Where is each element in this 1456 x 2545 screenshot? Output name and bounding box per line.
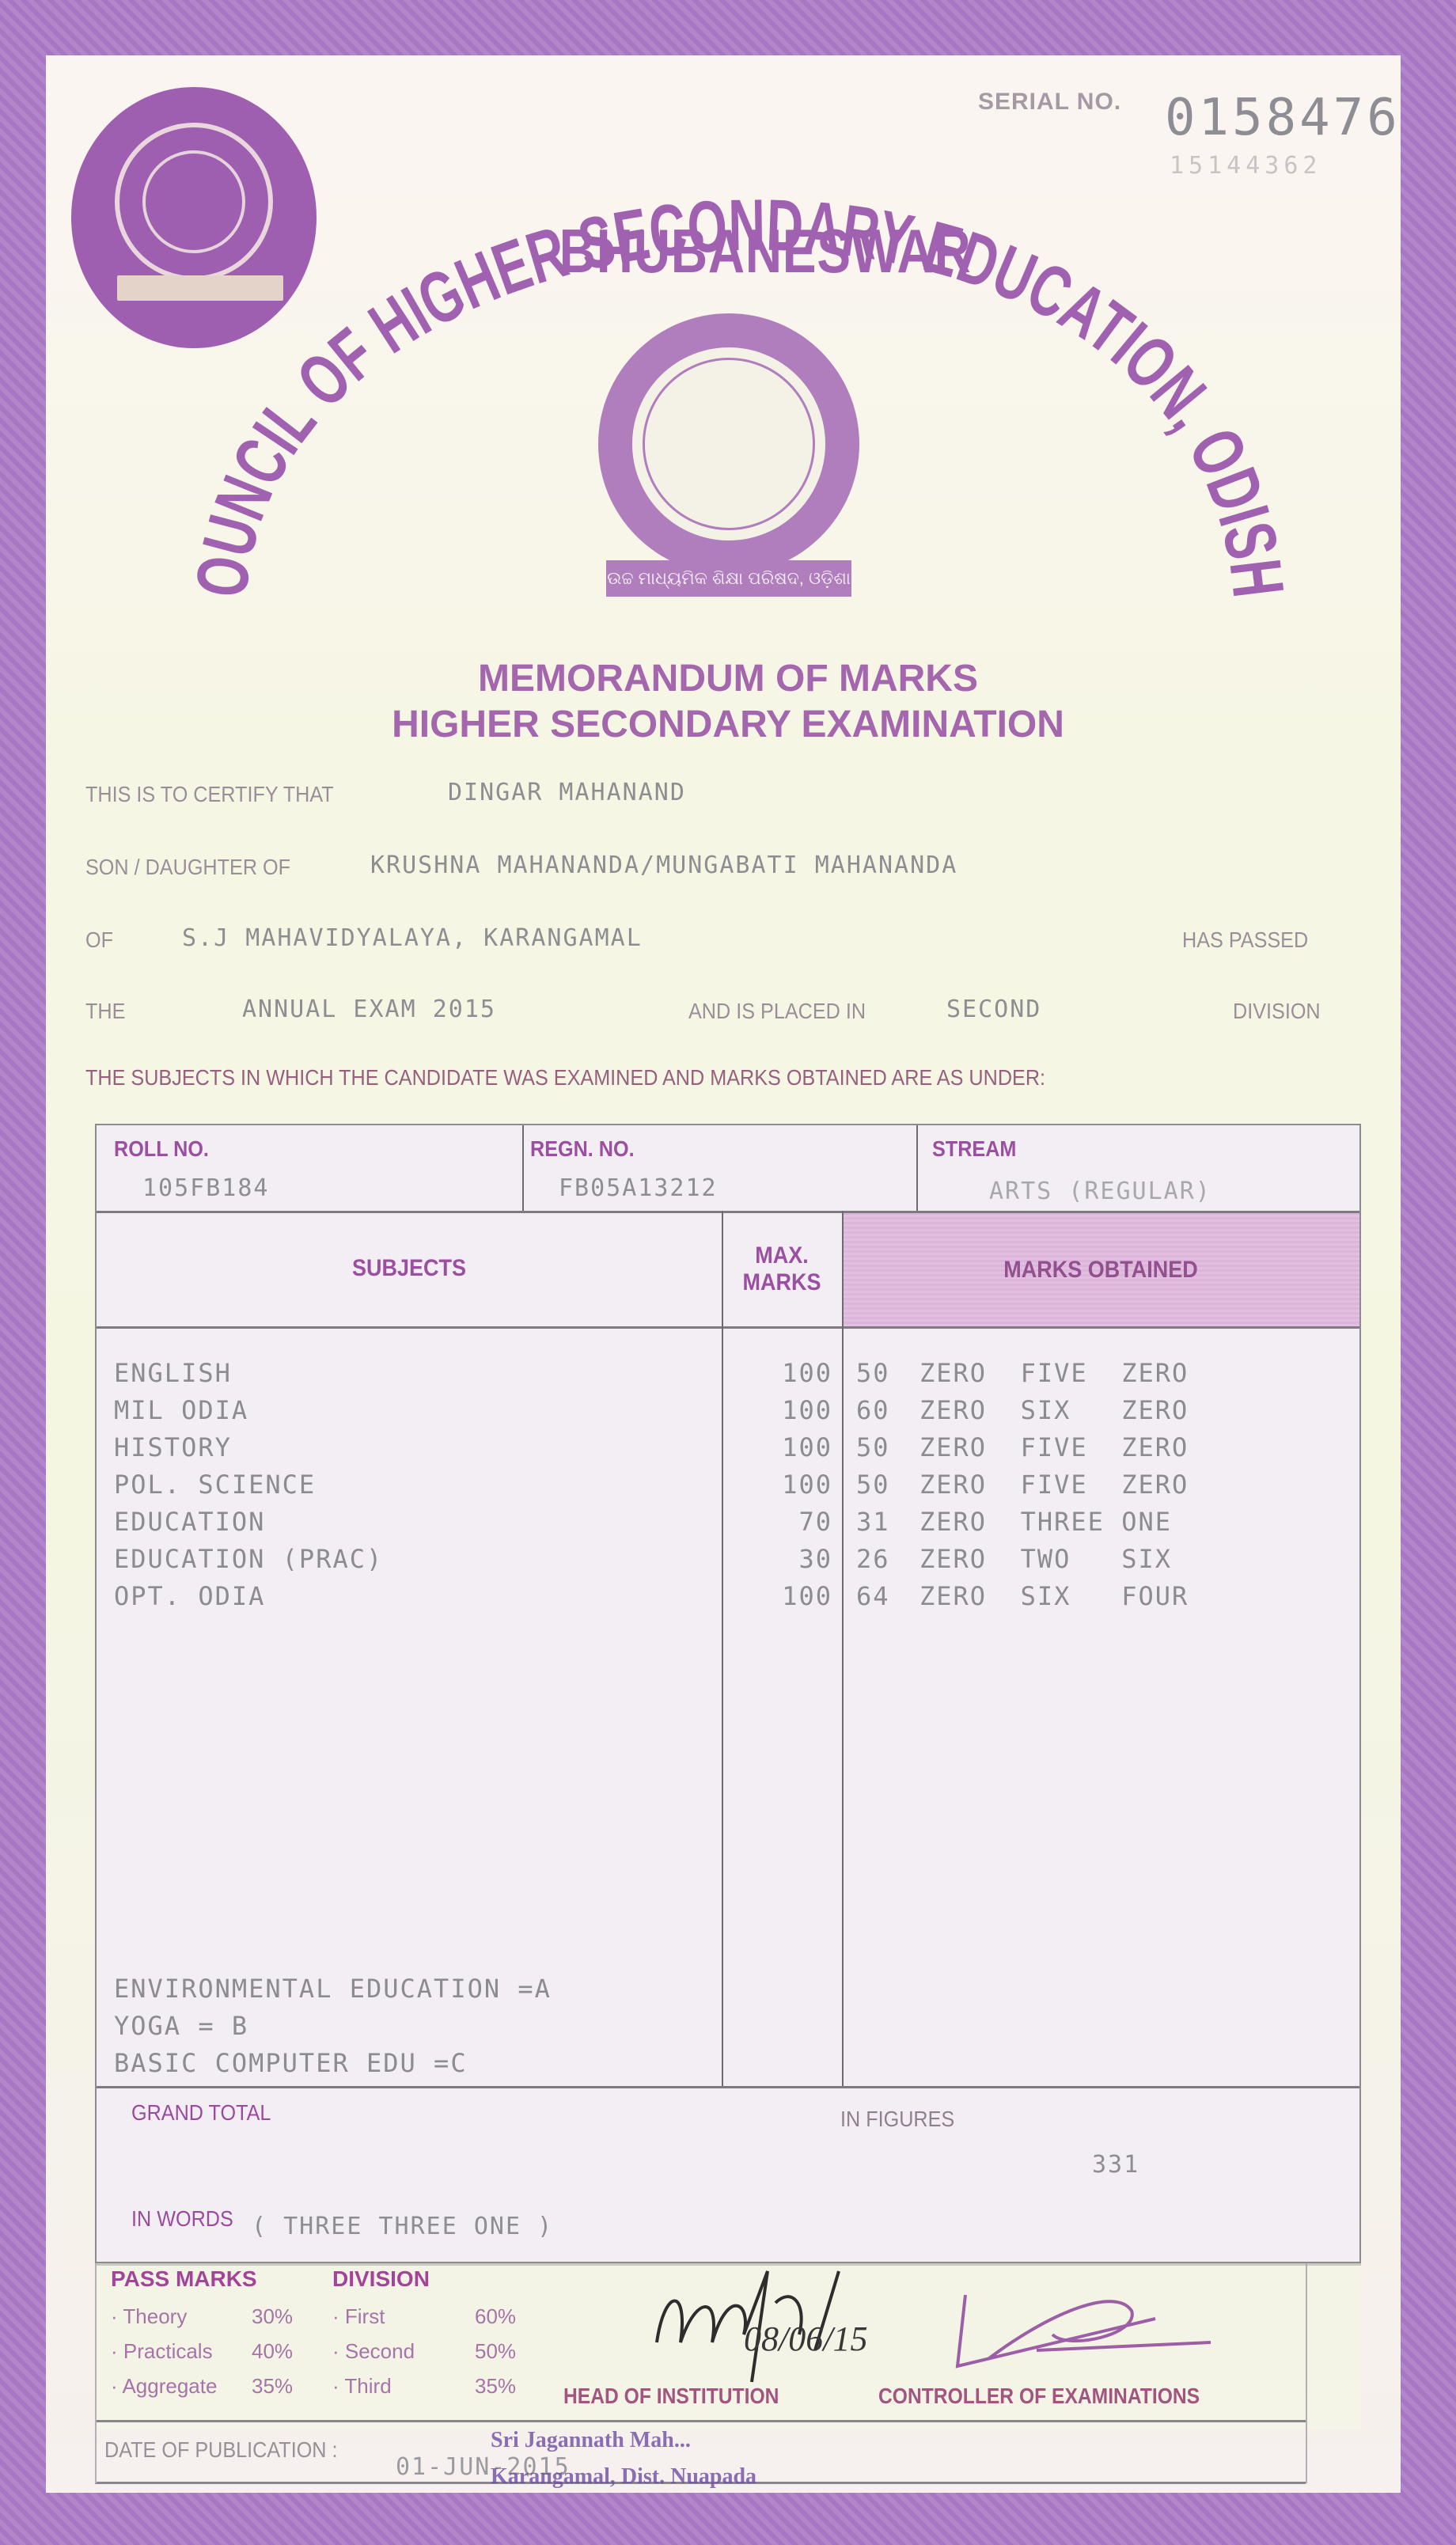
placed-label: AND IS PLACED IN	[688, 999, 866, 1024]
max-marks: 100	[722, 1466, 832, 1504]
regn-label: REGN. NO.	[530, 1136, 635, 1162]
division-second-value: 50%	[475, 2339, 516, 2364]
head-of-institution-label: HEAD OF INSTITUTION	[563, 2384, 779, 2409]
division-value: SECOND	[946, 996, 1041, 1023]
marks-obtained: 50	[856, 1466, 890, 1504]
marks-in-words: ZERO THREE ONE	[919, 1504, 1172, 1541]
marks-in-words: ZERO FIVE ZERO	[919, 1355, 1189, 1392]
pass-theory-value: 30%	[252, 2304, 293, 2329]
parent-label: SON / DAUGHTER OF	[85, 855, 290, 880]
roll-value: 105FB184	[142, 1174, 270, 1202]
institution-name: S.J MAHAVIDYALAYA, KARANGAMAL	[182, 924, 643, 952]
city-title: BHUBANESWAR	[559, 215, 897, 287]
svg-text:08/06/15: 08/06/15	[744, 2319, 867, 2358]
max-marks: 30	[722, 1541, 832, 1578]
subject-name: EDUCATION (PRAC)	[114, 1541, 383, 1578]
emblem-text: ODISHA	[598, 541, 859, 558]
roll-label: ROLL NO.	[114, 1136, 209, 1162]
division-first-label: · First	[332, 2304, 385, 2329]
pass-theory-label: · Theory	[111, 2304, 187, 2329]
the-label: THE	[85, 999, 125, 1024]
max-marks-header-1: MAX.	[728, 1242, 836, 1269]
table-row: MIL ODIA10060ZERO SIX ZERO	[97, 1392, 1359, 1429]
grand-total-label: GRAND TOTAL	[131, 2100, 271, 2126]
marks-in-words: ZERO SIX FOUR	[919, 1578, 1189, 1615]
document-title: MEMORANDUM OF MARKS	[0, 657, 1456, 700]
pass-practicals-label: · Practicals	[111, 2339, 213, 2364]
marks-obtained: 26	[856, 1541, 890, 1578]
stream-value: ARTS (REGULAR)	[989, 1178, 1211, 1205]
max-marks: 100	[722, 1429, 832, 1466]
grade-subjects: ENVIRONMENTAL EDUCATION =A YOGA = B BASI…	[114, 1970, 552, 2082]
subject-rows: ENGLISH10050ZERO FIVE ZEROMIL ODIA10060Z…	[97, 1355, 1359, 1615]
document-subtitle: HIGHER SECONDARY EXAMINATION	[0, 703, 1456, 746]
subjects-header: SUBJECTS	[128, 1255, 691, 1282]
principal-stamp-line2: Karangamal, Dist. Nuapada	[491, 2464, 756, 2490]
certify-label: THIS IS TO CERTIFY THAT	[85, 782, 334, 807]
max-marks: 100	[722, 1392, 832, 1429]
division-first-value: 60%	[475, 2304, 516, 2329]
subject-name: MIL ODIA	[114, 1392, 248, 1429]
max-marks: 100	[722, 1355, 832, 1392]
marks-in-words: ZERO FIVE ZERO	[919, 1466, 1189, 1504]
table-row: ENGLISH10050ZERO FIVE ZERO	[97, 1355, 1359, 1392]
marks-in-words: ZERO TWO SIX	[919, 1541, 1172, 1578]
table-row: HISTORY10050ZERO FIVE ZERO	[97, 1429, 1359, 1466]
marks-in-words: ZERO FIVE ZERO	[919, 1429, 1189, 1466]
grade-row: YOGA = B	[114, 2008, 552, 2045]
grand-total-figures: 331	[1092, 2151, 1139, 2179]
parent-names: KRUSHNA MAHANANDA/MUNGABATI MAHANANDA	[370, 851, 957, 879]
stream-label: STREAM	[932, 1136, 1016, 1162]
subject-name: HISTORY	[114, 1429, 232, 1466]
publication-label: DATE OF PUBLICATION :	[104, 2437, 338, 2463]
pass-aggregate-label: · Aggregate	[111, 2374, 217, 2399]
division-third-value: 35%	[475, 2374, 516, 2399]
has-passed-label: HAS PASSED	[1182, 927, 1308, 953]
candidate-name: DINGAR MAHANAND	[448, 779, 686, 806]
pass-practicals-value: 40%	[252, 2339, 293, 2364]
pass-aggregate-value: 35%	[252, 2374, 293, 2399]
exam-name: ANNUAL EXAM 2015	[242, 996, 496, 1023]
in-figures-label: IN FIGURES	[840, 2107, 954, 2132]
table-row: EDUCATION7031ZERO THREE ONE	[97, 1504, 1359, 1541]
subject-name: ENGLISH	[114, 1355, 232, 1392]
max-marks: 70	[722, 1504, 832, 1541]
max-marks-header-2: MARKS	[728, 1269, 836, 1296]
division-label: DIVISION	[1233, 999, 1321, 1024]
pass-marks-title: PASS MARKS	[111, 2266, 257, 2292]
marks-obtained-header: MARKS OBTAINED	[868, 1257, 1334, 1284]
marks-obtained: 50	[856, 1355, 890, 1392]
marks-obtained: 60	[856, 1392, 890, 1429]
subject-name: POL. SCIENCE	[114, 1466, 316, 1504]
marks-obtained: 50	[856, 1429, 890, 1466]
division-third-label: · Third	[332, 2374, 392, 2399]
table-row: OPT. ODIA10064ZERO SIX FOUR	[97, 1578, 1359, 1615]
division-title: DIVISION	[332, 2266, 430, 2292]
table-row: EDUCATION (PRAC)3026ZERO TWO SIX	[97, 1541, 1359, 1578]
table-row: POL. SCIENCE10050ZERO FIVE ZERO	[97, 1466, 1359, 1504]
principal-stamp-line1: Sri Jagannath Mah...	[491, 2428, 691, 2453]
subject-name: EDUCATION	[114, 1504, 265, 1541]
grade-row: BASIC COMPUTER EDU =C	[114, 2045, 552, 2082]
of-label: OF	[85, 927, 113, 953]
marks-in-words: ZERO SIX ZERO	[919, 1392, 1189, 1429]
subject-name: OPT. ODIA	[114, 1578, 265, 1615]
grand-total-words: ( THREE THREE ONE )	[252, 2213, 553, 2240]
division-second-label: · Second	[332, 2339, 415, 2364]
regn-value: FB05A13212	[559, 1174, 718, 1202]
marks-obtained: 31	[856, 1504, 890, 1541]
controller-label: CONTROLLER OF EXAMINATIONS	[878, 2384, 1200, 2409]
subjects-intro: THE SUBJECTS IN WHICH THE CANDIDATE WAS …	[85, 1065, 1045, 1090]
in-words-label: IN WORDS	[131, 2206, 233, 2232]
grade-row: ENVIRONMENTAL EDUCATION =A	[114, 1970, 552, 2008]
board-emblem-icon: ODISHA ଉଚ୍ଚ ମାଧ୍ୟମିକ ଶିକ୍ଷା ପରିଷଦ, ଓଡ଼ିଶ…	[598, 313, 859, 606]
emblem-banner: ଉଚ୍ଚ ମାଧ୍ୟମିକ ଶିକ୍ଷା ପରିଷଦ, ଓଡ଼ିଶା	[606, 560, 851, 597]
max-marks: 100	[722, 1578, 832, 1615]
controller-signature-icon	[942, 2263, 1290, 2382]
marks-obtained: 64	[856, 1578, 890, 1615]
marks-table: ROLL NO. 105FB184 REGN. NO. FB05A13212 S…	[95, 1124, 1361, 2263]
